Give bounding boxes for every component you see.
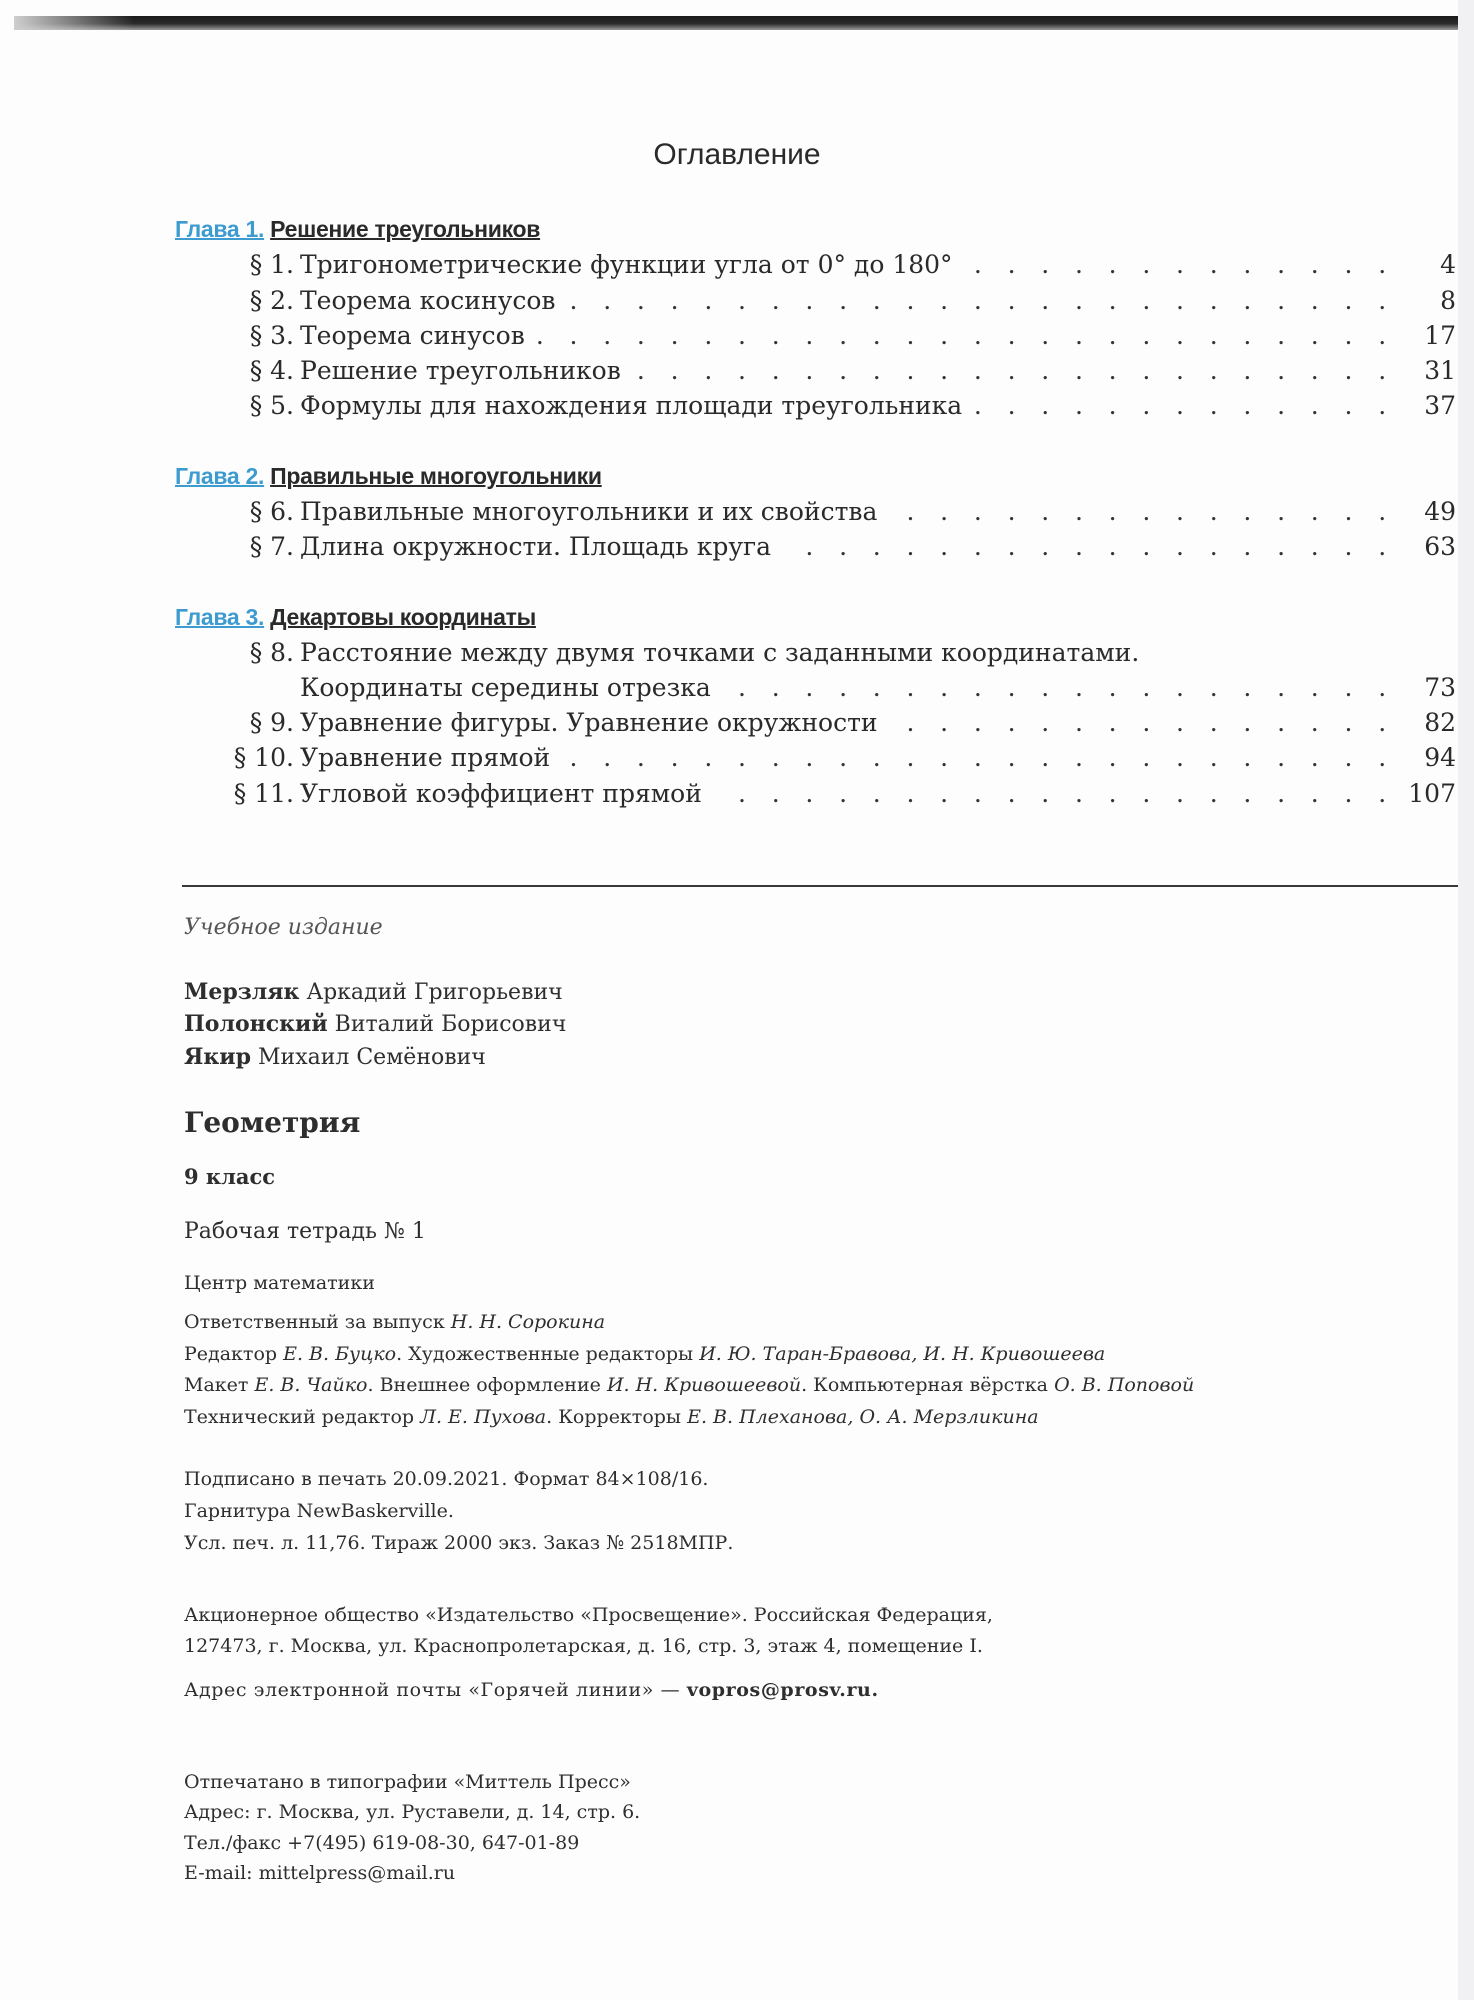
- page-number: 31: [1396, 354, 1456, 388]
- chapter-1-heading: Глава 1.Решение треугольников: [175, 216, 540, 243]
- section-title: Решение треугольников: [300, 354, 631, 388]
- page-number: 63: [1396, 530, 1456, 564]
- page-number: 8: [1396, 284, 1456, 318]
- section-title: Уравнение фигуры. Уравнение окружности: [300, 706, 888, 740]
- credit-label: Макет: [184, 1374, 248, 1396]
- section-number: § 6.: [250, 495, 294, 529]
- section-number: § 1.: [250, 248, 294, 282]
- hotline-email[interactable]: vopros@prosv.ru.: [687, 1679, 879, 1701]
- section-number: § 3.: [250, 319, 294, 353]
- credit-label: . Корректоры: [546, 1406, 681, 1428]
- page-number: 4: [1396, 248, 1456, 282]
- section-title: Формулы для нахождения площади треугольн…: [300, 389, 972, 423]
- chapter-name: Декартовы координаты: [270, 604, 536, 630]
- printer-email: E-mail: mittelpress@mail.ru: [184, 1862, 455, 1884]
- chapter-3-heading: Глава 3.Декартовы координаты: [175, 604, 536, 631]
- toc-entry[interactable]: § 1. Тригонометрические функции угла от …: [0, 248, 1474, 282]
- credit-name: И. Н. Кривошеевой: [607, 1374, 801, 1396]
- toc-entry[interactable]: § 5. Формулы для нахождения площади треу…: [0, 389, 1474, 423]
- toc-entry[interactable]: § 11. Угловой коэффициент прямой . . . .…: [0, 777, 1474, 811]
- printer-line: Адрес: г. Москва, ул. Руставели, д. 14, …: [184, 1801, 640, 1823]
- hotline-label: Адрес электронной почты «Горячей линии» …: [184, 1679, 687, 1701]
- hotline: Адрес электронной почты «Горячей линии» …: [184, 1679, 879, 1701]
- page-number: 82: [1396, 706, 1456, 740]
- credit-label: Редактор: [184, 1343, 277, 1365]
- chapter-name: Правильные многоугольники: [270, 463, 602, 489]
- credit-name: Л. Е. Пухова: [420, 1406, 546, 1428]
- print-info-line: Усл. печ. л. 11,76. Тираж 2000 экз. Зака…: [184, 1532, 733, 1554]
- toc-entry[interactable]: § 6. Правильные многоугольники и их свой…: [0, 495, 1474, 529]
- section-title: Правильные многоугольники и их свойства: [300, 495, 887, 529]
- section-title: Угловой коэффициент прямой: [300, 777, 712, 811]
- toc-title: Оглавление: [0, 138, 1474, 172]
- toc-entry[interactable]: § 3. Теорема синусов . . . . . . . . . .…: [0, 319, 1474, 353]
- scan-shadow-bar: [14, 16, 1458, 30]
- section-title: Уравнение прямой: [300, 741, 560, 775]
- page-number: 49: [1396, 495, 1456, 529]
- chapter-label: Глава 2.: [175, 463, 264, 489]
- chapter-2-heading: Глава 2.Правильные многоугольники: [175, 463, 602, 490]
- toc-entry[interactable]: § 2. Теорема косинусов . . . . . . . . .…: [0, 284, 1474, 318]
- chapter-name: Решение треугольников: [270, 216, 540, 242]
- subtitle: Рабочая тетрадь № 1: [184, 1219, 426, 1244]
- credit-name: И. Ю. Таран-Бравова, И. Н. Кривошеева: [699, 1343, 1105, 1365]
- author-surname: Якир: [184, 1044, 251, 1070]
- credit-label: Ответственный за выпуск: [184, 1311, 445, 1333]
- toc-entry[interactable]: § 4. Решение треугольников . . . . . . .…: [0, 354, 1474, 388]
- section-number: § 2.: [250, 284, 294, 318]
- section-number: § 8.: [250, 636, 294, 670]
- section-title: Длина окружности. Площадь круга: [300, 530, 781, 564]
- department: Центр математики: [184, 1272, 375, 1294]
- author: Мерзляк Аркадий Григорьевич: [184, 979, 563, 1005]
- page-number: 37: [1396, 389, 1456, 423]
- credit-label: . Компьютерная вёрстка: [801, 1374, 1048, 1396]
- section-title: Теорема синусов: [300, 319, 535, 353]
- author-surname: Мерзляк: [184, 979, 299, 1005]
- page-number: 73: [1396, 671, 1456, 705]
- toc-entry[interactable]: § 9. Уравнение фигуры. Уравнение окружно…: [0, 706, 1474, 740]
- toc-entry-continued[interactable]: Координаты середины отрезка . . . . . . …: [0, 671, 1474, 705]
- toc-entry[interactable]: § 10. Уравнение прямой . . . . . . . . .…: [0, 741, 1474, 775]
- print-info-line: Гарнитура NewBaskerville.: [184, 1500, 454, 1522]
- credit-name: Е. В. Буцко: [283, 1343, 396, 1365]
- section-number: § 9.: [250, 706, 294, 740]
- credits-editors: Редактор Е. В. Буцко. Художественные ред…: [184, 1343, 1105, 1365]
- section-title-continued: Координаты середины отрезка: [300, 671, 721, 705]
- credit-name: Е. В. Плеханова, О. А. Мерзликина: [687, 1406, 1038, 1428]
- section-number: § 4.: [250, 354, 294, 388]
- chapter-label: Глава 3.: [175, 604, 264, 630]
- author-given-name: Аркадий Григорьевич: [306, 980, 562, 1005]
- printer-line: Тел./факс +7(495) 619-08-30, 647-01-89: [184, 1832, 579, 1854]
- credit-label: . Внешнее оформление: [368, 1374, 601, 1396]
- divider: [182, 885, 1458, 887]
- author: Полонский Виталий Борисович: [184, 1011, 566, 1037]
- book-title: Геометрия: [184, 1106, 360, 1139]
- author: Якир Михаил Семёнович: [184, 1044, 486, 1070]
- section-number: § 7.: [250, 530, 294, 564]
- section-number: § 10.: [234, 741, 294, 775]
- edition-type: Учебное издание: [184, 915, 383, 940]
- publisher-line: Акционерное общество «Издательство «Прос…: [184, 1604, 993, 1626]
- credits-layout: Макет Е. В. Чайко. Внешнее оформление И.…: [184, 1374, 1194, 1396]
- credits-responsible: Ответственный за выпуск Н. Н. Сорокина: [184, 1311, 605, 1333]
- grade: 9 класс: [184, 1164, 275, 1189]
- publisher-line: 127473, г. Москва, ул. Краснопролетарска…: [184, 1635, 983, 1657]
- credit-name: Н. Н. Сорокина: [451, 1311, 605, 1333]
- toc-entry[interactable]: § 8. Расстояние между двумя точками с за…: [0, 636, 1474, 670]
- section-title: Расстояние между двумя точками с заданны…: [300, 636, 1149, 670]
- section-title: Тригонометрические функции угла от 0° до…: [300, 248, 963, 282]
- credit-name: Е. В. Чайко: [254, 1374, 367, 1396]
- credit-label: Технический редактор: [184, 1406, 414, 1428]
- print-info-line: Подписано в печать 20.09.2021. Формат 84…: [184, 1468, 708, 1490]
- page-number: 94: [1396, 741, 1456, 775]
- credit-label: . Художественные редакторы: [396, 1343, 693, 1365]
- author-surname: Полонский: [184, 1011, 328, 1037]
- page-number: 17: [1396, 319, 1456, 353]
- author-given-name: Виталий Борисович: [335, 1012, 567, 1037]
- chapter-label: Глава 1.: [175, 216, 264, 242]
- section-number: § 5.: [250, 389, 294, 423]
- section-number: § 11.: [234, 777, 294, 811]
- printer-line: Отпечатано в типографии «Миттель Пресс»: [184, 1771, 631, 1793]
- author-given-name: Михаил Семёнович: [258, 1045, 486, 1070]
- credits-tech: Технический редактор Л. Е. Пухова. Корре…: [184, 1406, 1039, 1428]
- toc-entry[interactable]: § 7. Длина окружности. Площадь круга . .…: [0, 530, 1474, 564]
- page-number: 107: [1396, 777, 1456, 811]
- credit-name: О. В. Поповой: [1054, 1374, 1194, 1396]
- section-title: Теорема косинусов: [300, 284, 565, 318]
